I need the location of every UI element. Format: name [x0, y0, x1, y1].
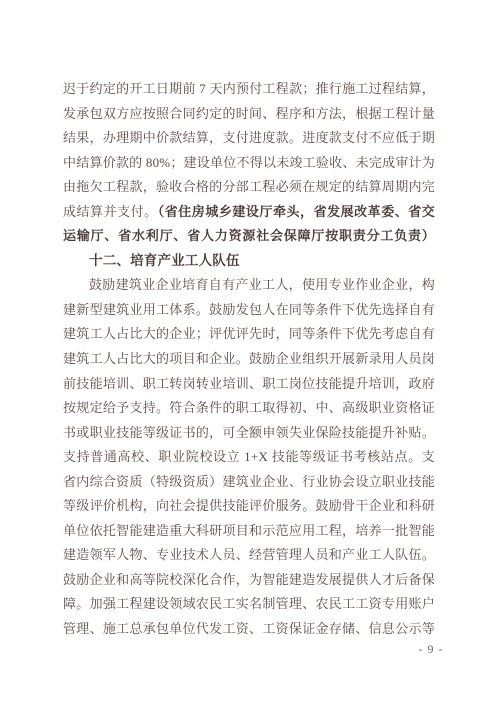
text-block: 迟于约定的开工日期前 7 天内预付工程款；推行施工过程结算，发承包双方应按照合同…	[63, 77, 435, 642]
text-segment: 建造领军人物、专业技术人员、经营管理人员和产业工人队伍。	[63, 547, 435, 562]
text-segment: 鼓励企业和高等院校深化合作，为智能建造发展提供人才后备保	[63, 572, 435, 587]
text-segment: 单位依托智能建造重大科研项目和示范应用工程，培养一批智能	[63, 523, 435, 538]
text-line: 单位依托智能建造重大科研项目和示范应用工程，培养一批智能	[63, 519, 435, 544]
text-segment: 等级评价机构，向社会提供技能评价服务。鼓励骨干企业和科研	[63, 498, 435, 513]
text-line: 建筑工人占比大的企业；评优评先时，同等条件下优先考虑自有	[63, 322, 435, 347]
text-line: 管理、施工总承包单位代发工资、工资保证金存储、信息公示等	[63, 617, 435, 642]
text-line: 由拖欠工程款，验收合格的分部工程必须在规定的结算周期内完	[63, 175, 435, 200]
text-segment: 中结算价款的 80%；建设单位不得以未竣工验收、未完成审计为	[63, 155, 435, 170]
text-segment: 成结算并支付。	[63, 204, 158, 219]
text-line: 建新型建筑业用工体系。鼓励发包人在同等条件下优先选择自有	[63, 298, 435, 323]
text-line: 按规定给予支持。符合条件的职工取得初、中、高级职业资格证	[63, 396, 435, 421]
text-line: 鼓励企业和高等院校深化合作，为智能建造发展提供人才后备保	[63, 568, 435, 593]
text-line: 结果，办理期中价款结算，支付进度款。进度款支付不应低于期	[63, 126, 435, 151]
text-line: 前技能培训、职工转岗转业培训、职工岗位技能提升培训，政府	[63, 372, 435, 397]
text-line: 发承包双方应按照合同约定的时间、程序和方法，根据工程计量	[63, 102, 435, 127]
text-line: 书或职业技能等级证书的，可全额申领失业保险技能提升补贴。	[63, 421, 435, 446]
text-segment: 前技能培训、职工转岗转业培训、职工岗位技能提升培训，政府	[63, 376, 435, 391]
text-segment: 迟于约定的开工日期前 7 天内预付工程款；推行施工过程结算，	[63, 81, 435, 96]
text-segment: 书或职业技能等级证书的，可全额申领失业保险技能提升补贴。	[63, 425, 435, 440]
text-segment: 管理、施工总承包单位代发工资、工资保证金存储、信息公示等	[63, 621, 435, 636]
text-line: 支持普通高校、职业院校设立 1+X 技能等级证书考核站点。支持	[63, 445, 435, 470]
text-line: 等级评价机构，向社会提供技能评价服务。鼓励骨干企业和科研	[63, 494, 435, 519]
text-line: 建造领军人物、专业技术人员、经营管理人员和产业工人队伍。	[63, 543, 435, 568]
document-page: 迟于约定的开工日期前 7 天内预付工程款；推行施工过程结算，发承包双方应按照合同…	[0, 0, 497, 702]
text-segment: 省内综合资质（特级资质）建筑业企业、行业协会设立职业技能	[63, 474, 435, 489]
text-line: 鼓励建筑业企业培育自有产业工人，使用专业作业企业，构	[63, 273, 435, 298]
text-line: 运输厅、省水利厅、省人力资源社会保障厅按职责分工负责）	[63, 224, 435, 249]
text-line: 建筑工人占比大的项目和企业。鼓励企业组织开展新录用人员岗	[63, 347, 435, 372]
text-segment: 鼓励建筑业企业培育自有产业工人，使用专业作业企业，构	[89, 277, 435, 292]
bold-text-segment: 十二、培育产业工人队伍	[89, 253, 240, 268]
text-segment: 建新型建筑业用工体系。鼓励发包人在同等条件下优先选择自有	[63, 302, 435, 317]
text-segment: 由拖欠工程款，验收合格的分部工程必须在规定的结算周期内完	[63, 179, 435, 194]
page-number: - 9 -	[405, 639, 457, 659]
text-segment: 发承包双方应按照合同约定的时间、程序和方法，根据工程计量	[63, 106, 435, 121]
text-segment: 支持普通高校、职业院校设立 1+X 技能等级证书考核站点。支持	[63, 449, 435, 470]
text-segment: 障。加强工程建设领域农民工实名制管理、农民工工资专用账户	[63, 596, 435, 611]
text-segment: 结果，办理期中价款结算，支付进度款。进度款支付不应低于期	[63, 130, 435, 145]
text-segment: 建筑工人占比大的企业；评优评先时，同等条件下优先考虑自有	[63, 326, 435, 341]
bold-text-segment: 运输厅、省水利厅、省人力资源社会保障厅按职责分工负责）	[63, 228, 435, 243]
text-line: 成结算并支付。（省住房城乡建设厅牵头，省发展改革委、省交通	[63, 200, 435, 225]
text-line: 省内综合资质（特级资质）建筑业企业、行业协会设立职业技能	[63, 470, 435, 495]
text-line: 中结算价款的 80%；建设单位不得以未竣工验收、未完成审计为	[63, 151, 435, 176]
section-heading: 十二、培育产业工人队伍	[63, 249, 435, 274]
text-line: 障。加强工程建设领域农民工实名制管理、农民工工资专用账户	[63, 592, 435, 617]
text-line: 迟于约定的开工日期前 7 天内预付工程款；推行施工过程结算，	[63, 77, 435, 102]
text-segment: 按规定给予支持。符合条件的职工取得初、中、高级职业资格证	[63, 400, 435, 415]
text-segment: 建筑工人占比大的项目和企业。鼓励企业组织开展新录用人员岗	[63, 351, 435, 366]
